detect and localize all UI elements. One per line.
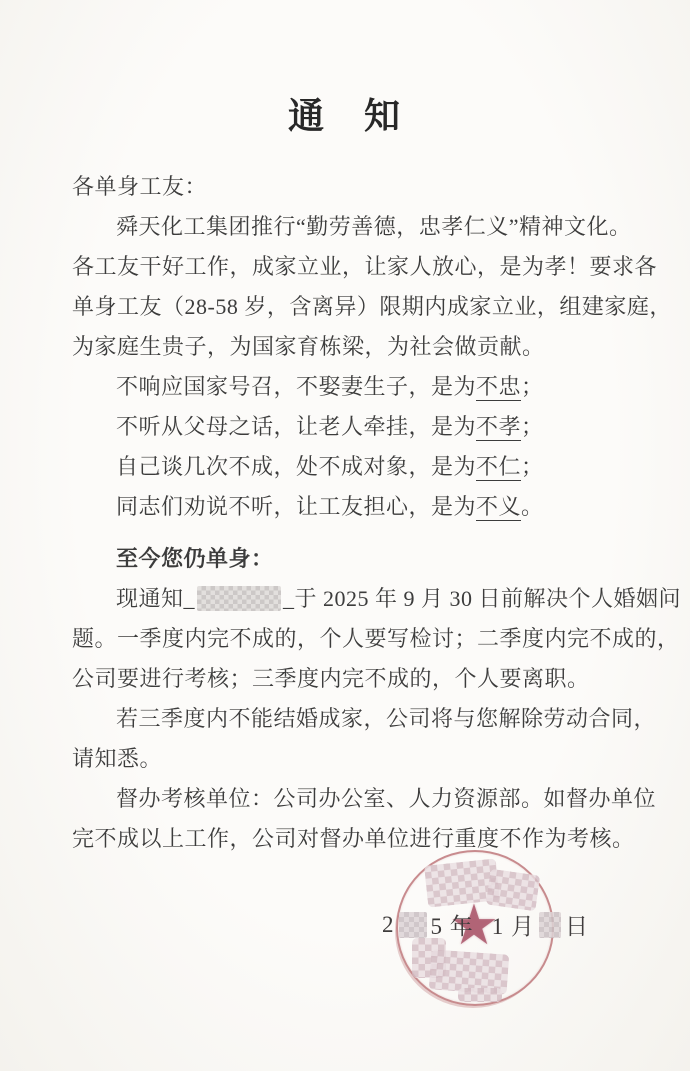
date-segment: 日 <box>565 908 589 941</box>
underlined-term: 不忠 <box>476 374 521 401</box>
text-line: 单身工友（28-58 岁，含离异）限期内成家立业，组建家庭， <box>72 287 618 327</box>
document-lines: 各单身工友：舜天化工集团推行“勤劳善德，忠孝仁义”精神文化。各工友干好工作，成家… <box>72 167 618 859</box>
underlined-term: 不孝 <box>476 414 521 441</box>
text-line: 至今您仍单身： <box>72 539 618 579</box>
text-segment: 各工友干好工作，成家立业，让家人放心，是为孝！要求各 <box>72 254 657 279</box>
seal-mosaic-patch <box>458 988 502 1002</box>
text-segment: 公司要进行考核；三季度内完不成的，个人要离职。 <box>72 666 590 691</box>
text-segment: 若三季度内不能结婚成家，公司将与您解除劳动合同， <box>116 706 656 731</box>
redaction-mosaic <box>399 912 427 938</box>
text-line: 不听从父母之话，让老人牵挂，是为不孝； <box>72 407 618 447</box>
text-line: 督办考核单位：公司办公室、人力资源部。如督办单位 <box>72 779 618 819</box>
text-segment: 题。一季度内完不成的，个人要写检讨；二季度内完不成的， <box>72 626 680 651</box>
text-line: 为家庭生贵子，为国家育栋梁，为社会做贡献。 <box>72 327 618 367</box>
text-line: 不响应国家号召，不娶妻生子，是为不忠； <box>72 367 618 407</box>
text-line: 各单身工友： <box>72 167 618 207</box>
text-line: 请知悉。 <box>72 739 618 779</box>
text-segment: 舜天化工集团推行“勤劳善德，忠孝仁义”精神文化。 <box>116 214 632 239</box>
text-segment: 各单身工友： <box>72 174 207 199</box>
text-segment: 不听从父母之话，让老人牵挂，是为 <box>116 414 476 439</box>
text-segment: 。 <box>521 494 544 519</box>
redaction-mosaic <box>197 586 281 611</box>
text-segment: 同志们劝说不听，让工友担心，是为 <box>116 494 476 519</box>
text-line: 各工友干好工作，成家立业，让家人放心，是为孝！要求各 <box>72 247 618 287</box>
date-segment: 5 年 <box>431 908 474 941</box>
text-line: 题。一季度内完不成的，个人要写检讨；二季度内完不成的， <box>72 619 618 659</box>
text-segment: ； <box>521 454 544 479</box>
underlined-term: 不仁 <box>476 454 521 481</box>
spacer <box>478 924 488 925</box>
text-segment: 至今您仍单身： <box>116 546 274 571</box>
text-segment: 督办考核单位：公司办公室、人力资源部。如督办单位 <box>116 786 656 811</box>
issue-date: 25 年1 月日 <box>382 908 589 941</box>
text-segment: 现通知_ <box>116 586 195 611</box>
seal-mosaic-patch <box>486 869 541 912</box>
text-segment: 自己谈几次不成，处不成对象，是为 <box>116 454 476 479</box>
date-segment: 1 月 <box>492 908 535 941</box>
text-segment: 完不成以上工作，公司对督办单位进行重度不作为考核。 <box>72 826 635 851</box>
text-line: 自己谈几次不成，处不成对象，是为不仁； <box>72 447 618 487</box>
text-segment: 单身工友（28-58 岁，含离异）限期内成家立业，组建家庭， <box>72 294 672 319</box>
text-segment: _于 2025 年 9 月 30 日前解决个人婚姻问 <box>283 586 681 611</box>
text-line: 公司要进行考核；三季度内完不成的，个人要离职。 <box>72 659 618 699</box>
text-line: 舜天化工集团推行“勤劳善德，忠孝仁义”精神文化。 <box>72 207 618 247</box>
document-body: 通 知 各单身工友：舜天化工集团推行“勤劳善德，忠孝仁义”精神文化。各工友干好工… <box>0 0 690 859</box>
text-line: 同志们劝说不听，让工友担心，是为不义。 <box>72 487 618 527</box>
text-segment: ； <box>521 414 544 439</box>
text-segment: ； <box>521 374 544 399</box>
text-segment: 请知悉。 <box>72 746 162 771</box>
notice-title: 通 知 <box>72 88 618 139</box>
text-segment: 为家庭生贵子，为国家育栋梁，为社会做贡献。 <box>72 334 545 359</box>
text-segment: 不响应国家号召，不娶妻生子，是为 <box>116 374 476 399</box>
text-line: 若三季度内不能结婚成家，公司将与您解除劳动合同， <box>72 699 618 739</box>
notice-document: 通 知 各单身工友：舜天化工集团推行“勤劳善德，忠孝仁义”精神文化。各工友干好工… <box>0 0 690 1071</box>
date-segment: 2 <box>382 912 395 938</box>
text-line: 现通知__于 2025 年 9 月 30 日前解决个人婚姻问 <box>72 579 618 619</box>
underlined-term: 不义 <box>476 494 521 521</box>
redaction-mosaic <box>539 912 561 938</box>
